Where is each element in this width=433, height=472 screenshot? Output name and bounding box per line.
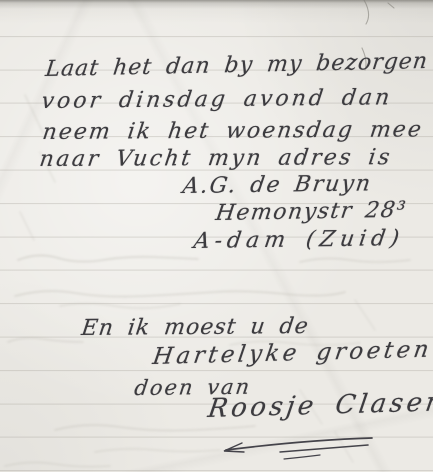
signature-flourish bbox=[0, 0, 433, 472]
letter-paper: Laat het dan by my bezorgen voor dinsdag… bbox=[0, 0, 433, 472]
